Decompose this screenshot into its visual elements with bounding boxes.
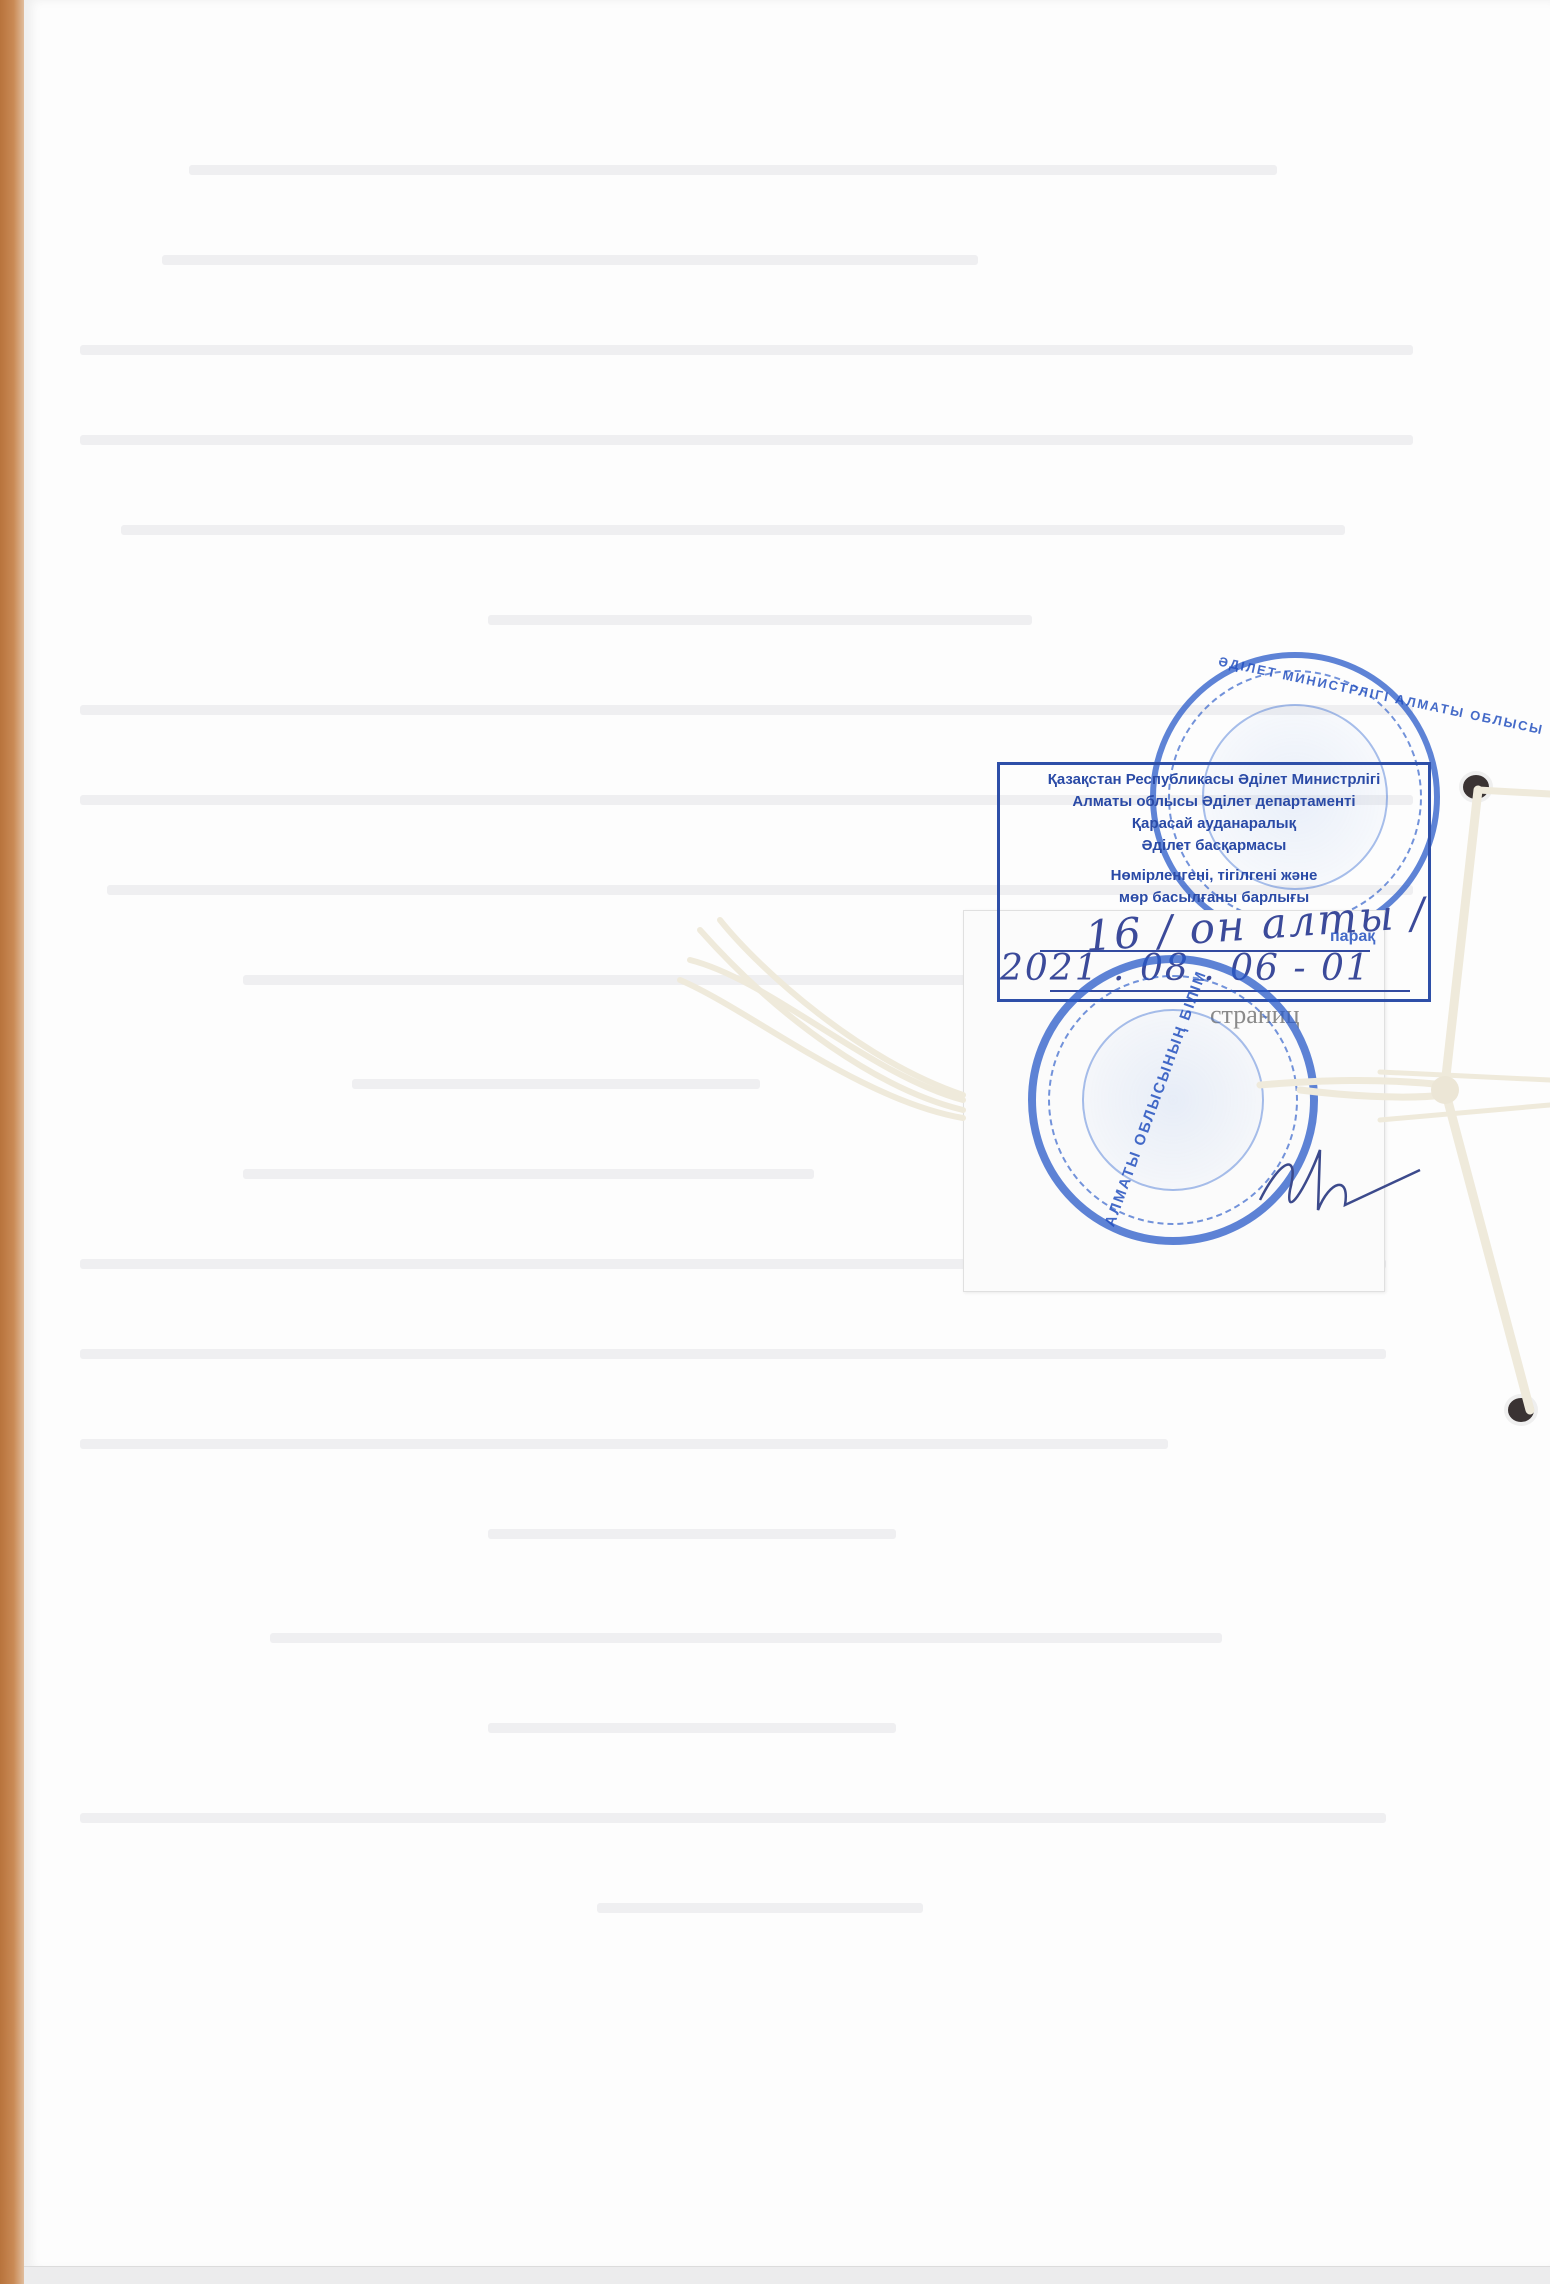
page-stack-edge — [24, 2266, 1550, 2284]
stamp-line-2: Алматы облысы Әділет департаменті — [1000, 791, 1428, 813]
stamp-line-4: Әділет басқармасы — [1000, 835, 1428, 857]
stamp-line-5: Нөмірленгені, тігілгені және — [1000, 865, 1428, 887]
round-seal-education — [1028, 955, 1318, 1245]
stamp-trailing-word: парақ — [1330, 928, 1375, 946]
binding-hole-top — [1463, 775, 1489, 799]
binding-hole-bottom — [1508, 1398, 1534, 1422]
stamp-line-3: Қарасай ауданаралық — [1000, 813, 1428, 835]
stamp-line-1: Қазақстан Республикасы Әділет Министрліг… — [1000, 769, 1428, 791]
